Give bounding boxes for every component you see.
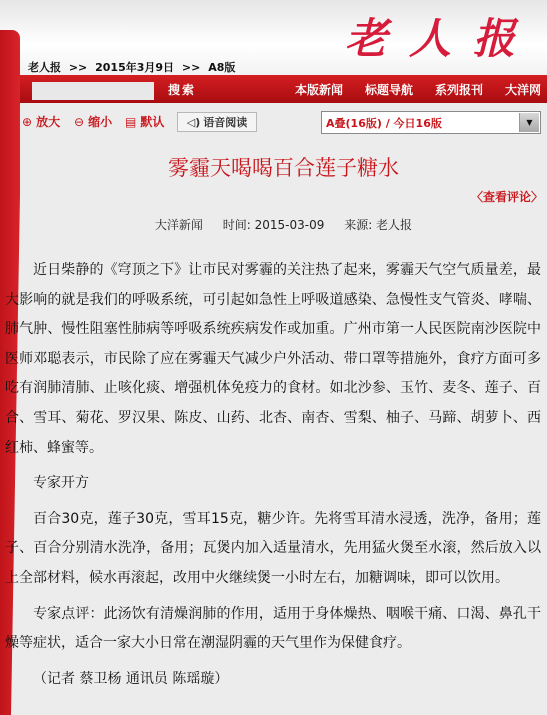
breadcrumb-separator: >> bbox=[69, 61, 87, 74]
article-paragraph: 百合30克，莲子30克，雪耳15克，糖少许。先将雪耳清水浸透，洗净，备用；莲子、… bbox=[5, 505, 541, 594]
nav-link-dayoo[interactable]: 大洋网 bbox=[505, 81, 541, 98]
breadcrumb-page[interactable]: A8版 bbox=[208, 61, 235, 74]
meta-origin: 来源: 老人报 bbox=[344, 218, 412, 232]
breadcrumb: 老人报 >> 2015年3月9日 >> A8版 bbox=[28, 59, 239, 75]
breadcrumb-home[interactable]: 老人报 bbox=[28, 61, 61, 74]
navbar: 搜索 本版新闻 标题导航 系列报刊 大洋网 bbox=[20, 75, 547, 103]
article-meta: 大洋新闻 时间: 2015-03-09 来源: 老人报 bbox=[20, 216, 547, 233]
search-button[interactable]: 搜索 bbox=[168, 81, 196, 98]
zoom-out-icon: ⊖ bbox=[74, 115, 84, 129]
default-size-label: 默认 bbox=[140, 113, 164, 130]
breadcrumb-date[interactable]: 2015年3月9日 bbox=[95, 61, 174, 74]
nav-links: 本版新闻 标题导航 系列报刊 大洋网 bbox=[295, 81, 541, 98]
edition-select-value: A叠(16版) / 今日16版 bbox=[326, 115, 442, 131]
article-body: 近日柴静的《穹顶之下》让市民对雾霾的关注热了起来，雾霾天气空气质量差，最大影响的… bbox=[5, 256, 541, 700]
article-paragraph: 专家点评：此汤饮有清燥润肺的作用，适用于身体燥热、咽喉干痛、口渴、鼻孔干燥等症状… bbox=[5, 600, 541, 659]
zoom-out-label: 缩小 bbox=[88, 113, 112, 130]
breadcrumb-separator: >> bbox=[182, 61, 200, 74]
search-input[interactable] bbox=[32, 82, 154, 100]
site-logo[interactable]: 老人报 bbox=[345, 6, 537, 66]
nav-link-headline-nav[interactable]: 标题导航 bbox=[365, 81, 413, 98]
chevron-down-icon[interactable]: ▼ bbox=[519, 113, 539, 132]
meta-time: 时间: 2015-03-09 bbox=[223, 218, 325, 232]
zoom-in-label: 放大 bbox=[36, 113, 60, 130]
zoom-in-icon: ⊕ bbox=[22, 115, 32, 129]
speaker-icon: ◁) bbox=[187, 116, 201, 129]
document-icon: ▤ bbox=[125, 115, 136, 129]
nav-link-page-news[interactable]: 本版新闻 bbox=[295, 81, 343, 98]
article-paragraph: 近日柴静的《穹顶之下》让市民对雾霾的关注热了起来，雾霾天气空气质量差，最大影响的… bbox=[5, 256, 541, 463]
voice-read-button[interactable]: ◁) 语音阅读 bbox=[177, 112, 257, 132]
zoom-out-button[interactable]: ⊖ 缩小 bbox=[74, 113, 112, 130]
zoom-in-button[interactable]: ⊕ 放大 bbox=[22, 113, 60, 130]
view-comments-link[interactable]: 〈查看评论〉 bbox=[471, 188, 543, 205]
nav-link-series[interactable]: 系列报刊 bbox=[435, 81, 483, 98]
meta-source-site: 大洋新闻 bbox=[155, 218, 203, 232]
section-heading: 专家开方 bbox=[5, 469, 541, 499]
article-title: 雾霾天喝喝百合莲子糖水 bbox=[20, 152, 547, 182]
voice-read-label: 语音阅读 bbox=[203, 114, 247, 130]
reading-toolbar: ⊕ 放大 ⊖ 缩小 ▤ 默认 ◁) 语音阅读 A叠(16版) / 今日16版 ▼ bbox=[20, 109, 547, 135]
default-size-button[interactable]: ▤ 默认 bbox=[125, 113, 164, 130]
article-byline: （记者 蔡卫杨 通讯员 陈瑶璇） bbox=[5, 665, 541, 695]
edition-select[interactable]: A叠(16版) / 今日16版 ▼ bbox=[321, 111, 541, 134]
